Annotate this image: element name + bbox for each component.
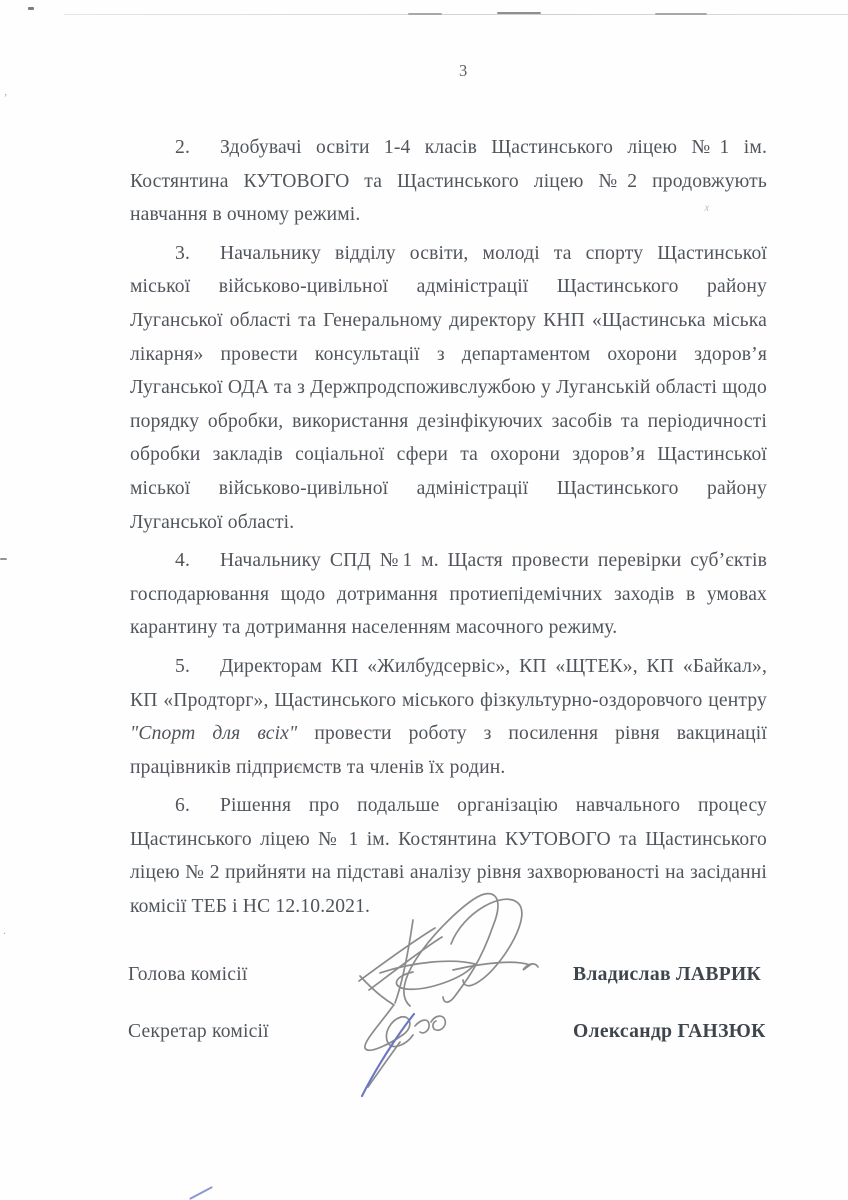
signature-name-chairman: Владислав ЛАВРИК (573, 964, 761, 986)
signature-role-chairman: Голова комісії (128, 964, 247, 986)
page-number: 3 (459, 61, 467, 81)
scan-artifact (28, 7, 34, 10)
scan-artifact: ’ (4, 94, 7, 104)
signature-role-secretary: Секретар комісії (128, 1021, 269, 1043)
paragraph-text: Здобувачі освіти 1-4 класів Щастинського… (130, 137, 767, 225)
paragraph-number: 5. (175, 656, 220, 677)
handwritten-signature-icon (332, 884, 564, 1122)
paragraph: 3.Начальнику відділу освіти, молоді та с… (130, 237, 767, 539)
paragraph-text: Начальнику відділу освіти, молоді та спо… (130, 243, 767, 533)
paragraph-number: 3. (175, 243, 220, 264)
document-body: 2.Здобувачі освіти 1-4 класів Щастинсько… (130, 131, 767, 929)
signature-name-secretary: Олександр ГАНЗЮК (573, 1021, 766, 1043)
paragraph: 5.Директорам КП «Жилбудсервіс», КП «ЩТЕК… (130, 650, 767, 784)
scan-artifact (0, 558, 7, 560)
scan-artifact (655, 13, 707, 15)
paragraph-quoted-phrase: "Спорт для всіх" (130, 723, 297, 744)
scan-artifact (497, 12, 541, 14)
scanned-document-page: ’ · 𝑥 3 2.Здобувачі освіти 1-4 класів Ща… (0, 0, 848, 1200)
paragraph: 2.Здобувачі освіти 1-4 класів Щастинсько… (130, 131, 767, 232)
paragraph-number: 2. (175, 137, 220, 158)
paragraph: 4.Начальнику СПД №1 м. Щастя провести пе… (130, 544, 767, 645)
paragraph-number: 6. (175, 795, 220, 816)
paragraph-text: Начальнику СПД №1 м. Щастя провести пере… (130, 550, 767, 638)
scan-artifact (189, 1186, 213, 1200)
paragraph-number: 4. (175, 550, 220, 571)
scan-artifact (408, 13, 442, 15)
scan-artifact (64, 14, 848, 15)
scan-artifact: · (3, 930, 6, 940)
paragraph-text: Директорам КП «Жилбудсервіс», КП «ЩТЕК»,… (130, 656, 767, 711)
